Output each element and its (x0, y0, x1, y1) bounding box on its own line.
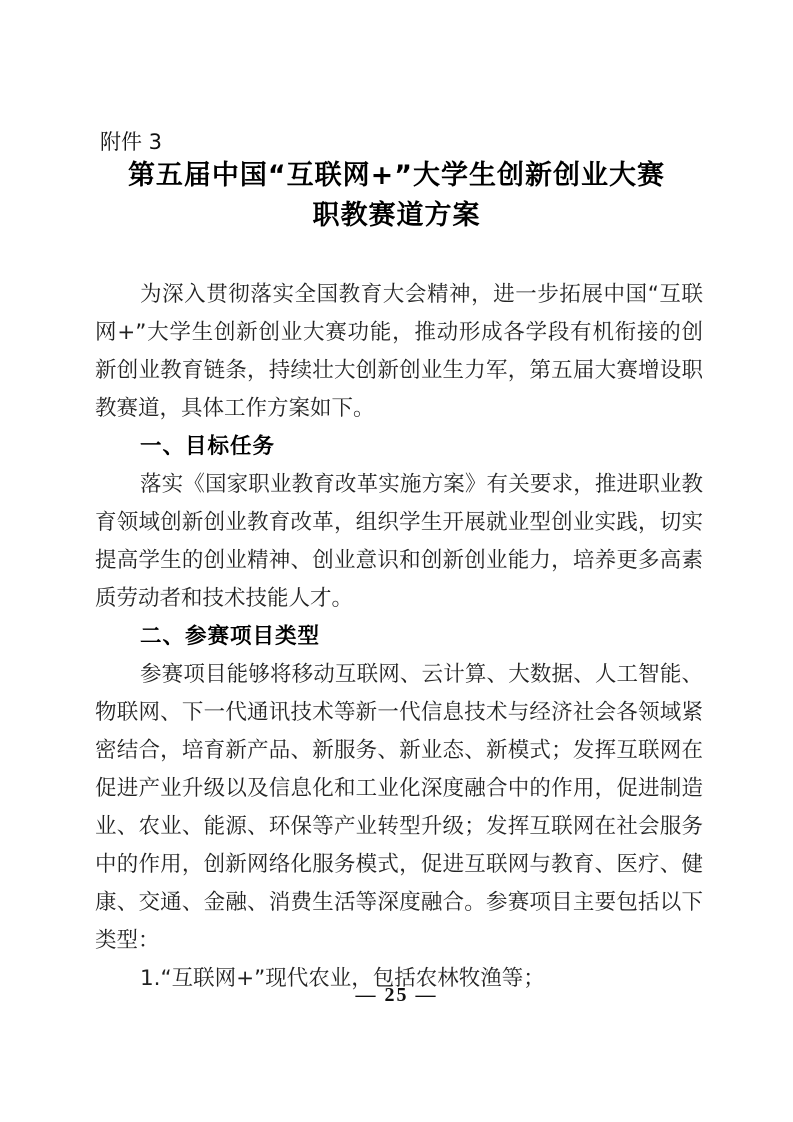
section1-paragraph-line: 质劳动者和技术技能人才。 (95, 580, 703, 618)
section2-paragraph-line: 业、农业、能源、环保等产业转型升级；发挥互联网在社会服务 (95, 808, 703, 846)
document-page: 附件 3 第五届中国“互联网+”大学生创新创业大赛 职教赛道方案 为深入贯彻落实… (0, 0, 793, 1122)
section2-paragraph-line: 密结合，培育新产品、新服务、新业态、新模式；发挥互联网在 (95, 732, 703, 770)
intro-paragraph-line: 为深入贯彻落实全国教育大会精神，进一步拓展中国“互联 (95, 276, 703, 314)
page-number: — 25 — (0, 984, 793, 1007)
section2-paragraph-line: 中的作用，创新网络化服务模式，促进互联网与教育、医疗、健 (95, 846, 703, 884)
section2-paragraph-line: 物联网、下一代通讯技术等新一代信息技术与经济社会各领域紧 (95, 694, 703, 732)
document-body: 为深入贯彻落实全国教育大会精神，进一步拓展中国“互联 网+”大学生创新创业大赛功… (95, 276, 703, 998)
document-title-line-2: 职教赛道方案 (0, 196, 793, 236)
section-heading-2: 二、参赛项目类型 (95, 618, 703, 656)
section2-paragraph-line: 参赛项目能够将移动互联网、云计算、大数据、人工智能、 (95, 656, 703, 694)
section1-paragraph-line: 落实《国家职业教育改革实施方案》有关要求，推进职业教 (95, 466, 703, 504)
section2-paragraph-line: 康、交通、金融、消费生活等深度融合。参赛项目主要包括以下 (95, 884, 703, 922)
section2-paragraph-line: 类型： (95, 922, 703, 960)
intro-paragraph-line: 网+”大学生创新创业大赛功能，推动形成各学段有机衔接的创 (95, 314, 703, 352)
document-title-line-1: 第五届中国“互联网+”大学生创新创业大赛 (0, 156, 793, 196)
attachment-label: 附件 3 (100, 130, 162, 154)
section1-paragraph-line: 提高学生的创业精神、创业意识和创新创业能力，培养更多高素 (95, 542, 703, 580)
section-heading-1: 一、目标任务 (95, 428, 703, 466)
intro-paragraph-line: 教赛道，具体工作方案如下。 (95, 390, 703, 428)
intro-paragraph-line: 新创业教育链条，持续壮大创新创业生力军，第五届大赛增设职 (95, 352, 703, 390)
section1-paragraph-line: 育领域创新创业教育改革，组织学生开展就业型创业实践，切实 (95, 504, 703, 542)
section2-paragraph-line: 促进产业升级以及信息化和工业化深度融合中的作用，促进制造 (95, 770, 703, 808)
document-title: 第五届中国“互联网+”大学生创新创业大赛 职教赛道方案 (0, 156, 793, 236)
